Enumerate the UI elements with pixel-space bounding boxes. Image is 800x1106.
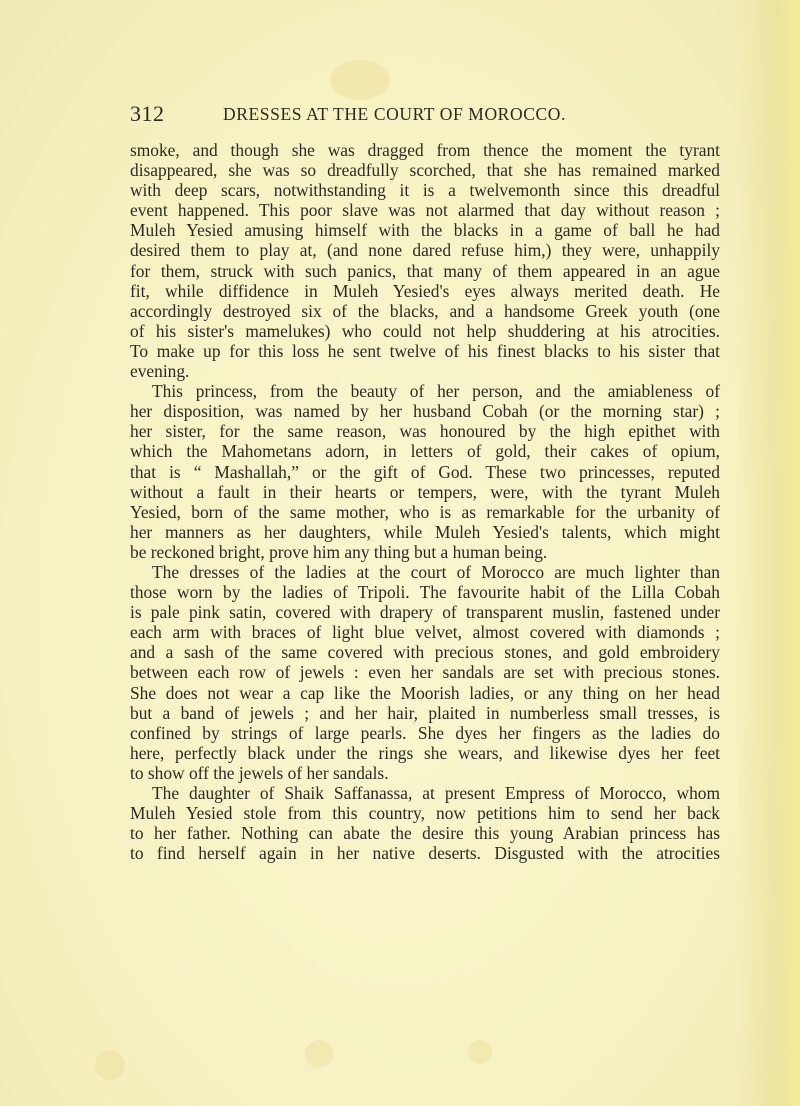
paper-stain: [330, 60, 390, 100]
text-line: those worn by the ladies of Tripoli. The…: [130, 582, 720, 602]
text-line: evening.: [130, 361, 720, 381]
text-line: here, perfectly black under the rings sh…: [130, 743, 720, 763]
text-line: She does not wear a cap like the Moorish…: [130, 683, 720, 703]
text-line: be reckoned bright, prove him any thing …: [130, 542, 720, 562]
text-line: which the Mahometans adorn, in letters o…: [130, 441, 720, 461]
text-line: of his sister's mamelukes) who could not…: [130, 321, 720, 341]
text-line: her disposition, was named by her husban…: [130, 401, 720, 421]
paper-stain: [305, 1040, 333, 1068]
paragraph: smoke, and though she was dragged from t…: [130, 140, 720, 381]
text-line: confined by strings of large pearls. She…: [130, 723, 720, 743]
text-line: Muleh Yesied amusing himself with the bl…: [130, 220, 720, 240]
text-line: fit, while diffidence in Muleh Yesied's …: [130, 281, 720, 301]
paper-stain: [95, 1050, 125, 1080]
text-line: with deep scars, notwithstanding it is a…: [130, 180, 720, 200]
text-line: event happened. This poor slave was not …: [130, 200, 720, 220]
page-header: 312 DRESSES AT THE COURT OF MOROCCO.: [130, 101, 720, 125]
text-line: without a fault in their hearts or tempe…: [130, 482, 720, 502]
book-page: 312 DRESSES AT THE COURT OF MOROCCO. smo…: [0, 0, 800, 1106]
running-head: DRESSES AT THE COURT OF MOROCCO.: [223, 104, 566, 125]
paragraph: The dresses of the ladies at the court o…: [130, 562, 720, 783]
paper-stain: [468, 1040, 492, 1064]
text-line: This princess, from the beauty of her pe…: [130, 381, 720, 401]
text-line: desired them to play at, (and none dared…: [130, 240, 720, 260]
text-line: that is “ Mashallah,” or the gift of God…: [130, 462, 720, 482]
text-line: her manners as her daughters, while Mule…: [130, 522, 720, 542]
text-line: Muleh Yesied stole from this country, no…: [130, 803, 720, 823]
paragraph: The daughter of Shaik Saffanassa, at pre…: [130, 783, 720, 863]
text-line: is pale pink satin, covered with drapery…: [130, 602, 720, 622]
text-line: disappeared, she was so dreadfully scorc…: [130, 160, 720, 180]
text-line: to her father. Nothing can abate the des…: [130, 823, 720, 843]
body-text: smoke, and though she was dragged from t…: [130, 140, 720, 863]
text-line: for them, struck with such panics, that …: [130, 261, 720, 281]
text-line: to find herself again in her native dese…: [130, 843, 720, 863]
text-line: Yesied, born of the same mother, who is …: [130, 502, 720, 522]
text-line: her sister, for the same reason, was hon…: [130, 421, 720, 441]
text-line: smoke, and though she was dragged from t…: [130, 140, 720, 160]
text-line: to show off the jewels of her sandals.: [130, 763, 720, 783]
text-line: accordingly destroyed six of the blacks,…: [130, 301, 720, 321]
paragraph: This princess, from the beauty of her pe…: [130, 381, 720, 562]
text-line: To make up for this loss he sent twelve …: [130, 341, 720, 361]
text-line: each arm with braces of light blue velve…: [130, 622, 720, 642]
text-line: between each row of jewels : even her sa…: [130, 662, 720, 682]
text-line: The daughter of Shaik Saffanassa, at pre…: [130, 783, 720, 803]
text-line: and a sash of the same covered with prec…: [130, 642, 720, 662]
page-number: 312: [130, 101, 165, 127]
text-line: The dresses of the ladies at the court o…: [130, 562, 720, 582]
text-line: but a band of jewels ; and her hair, pla…: [130, 703, 720, 723]
